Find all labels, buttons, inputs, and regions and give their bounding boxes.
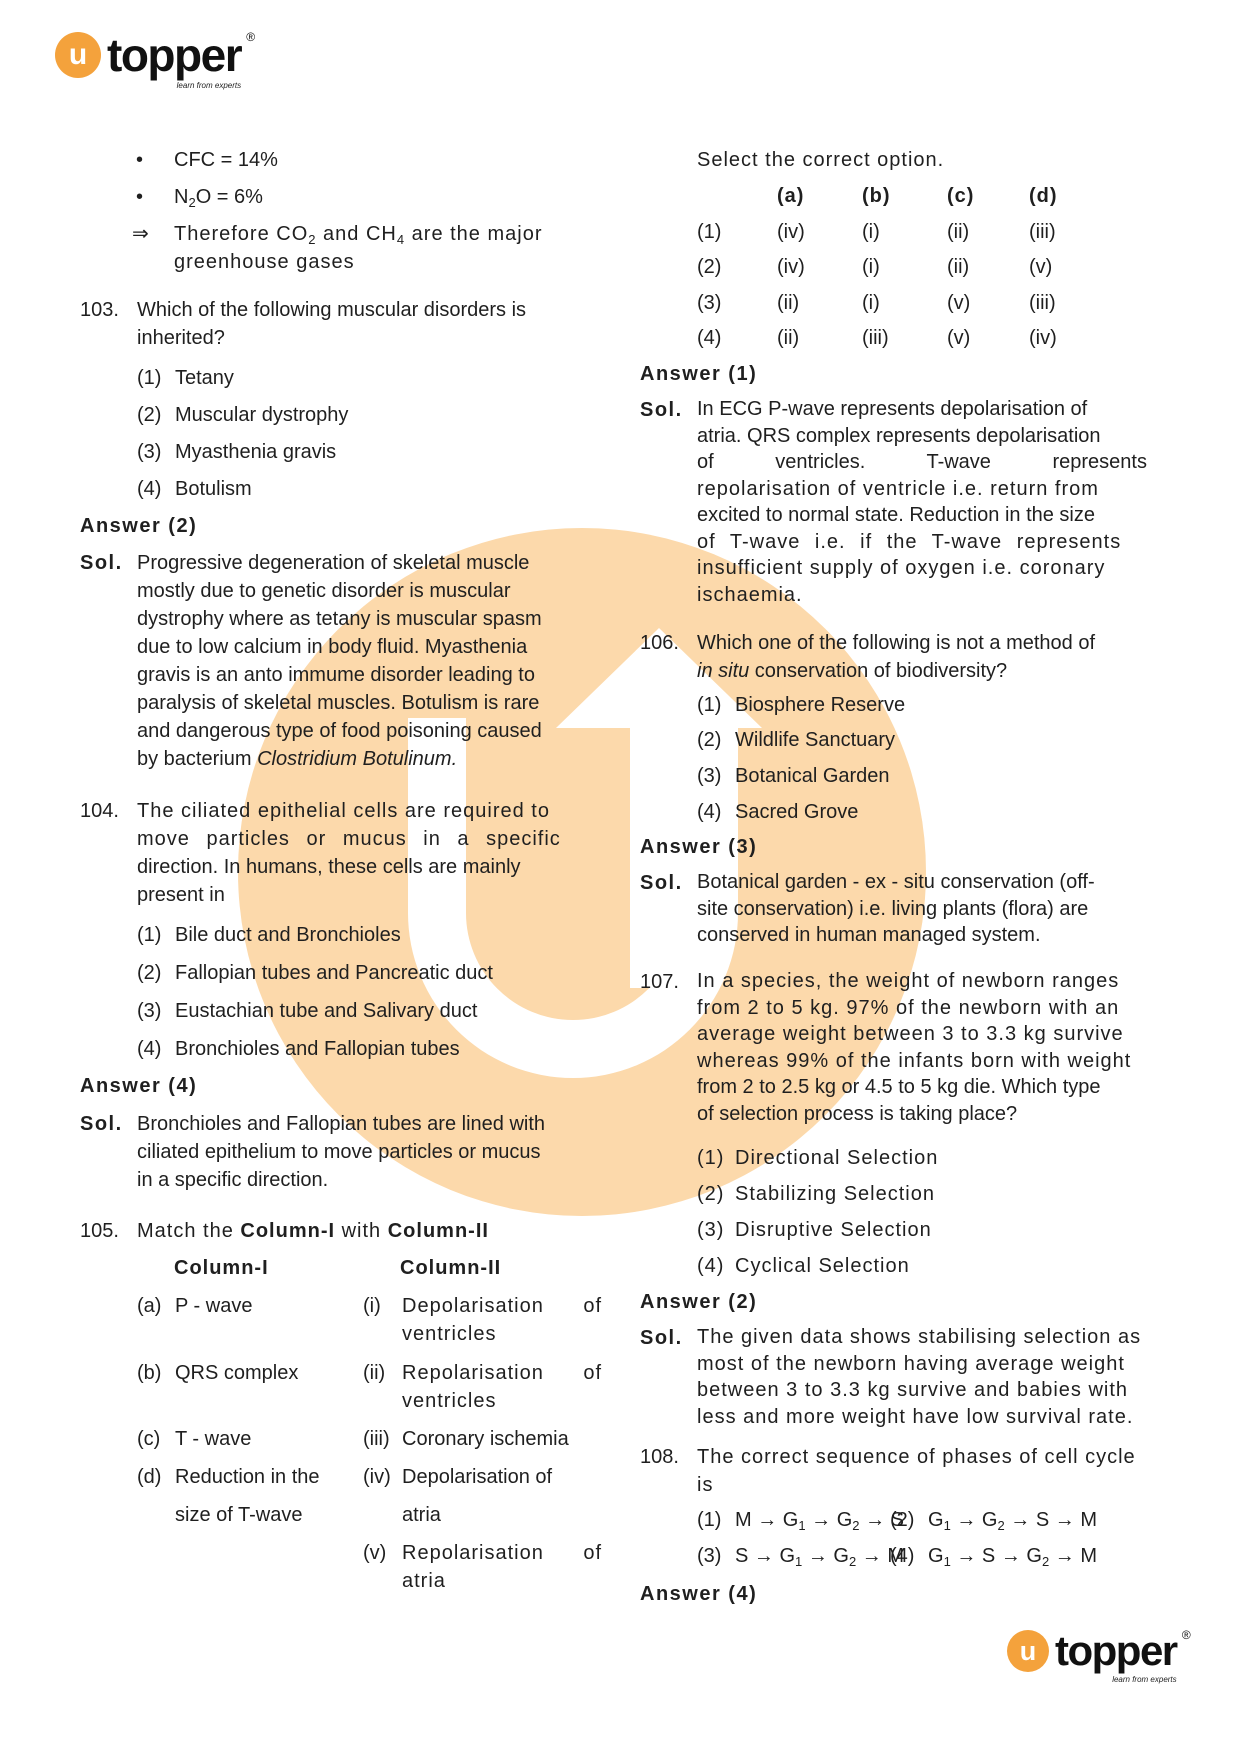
q107-solution: Sol. The given data shows stabilising se… [640, 1324, 1160, 1430]
topper-mark-icon: u [1007, 1630, 1049, 1672]
arrow-icon: → [856, 1545, 887, 1567]
question-104: 104. The ciliated epithelial cells are r… [80, 797, 600, 909]
question-number: 105. [80, 1217, 119, 1245]
solution-label: Sol. [640, 396, 683, 424]
q103-solution: Sol. Progressive degeneration of skeleta… [80, 549, 600, 773]
registered-mark: ® [246, 30, 255, 44]
solution-label: Sol. [640, 869, 683, 897]
implies-arrow-icon: ⇒ [132, 220, 149, 248]
arrow-icon: → [951, 1509, 982, 1531]
bullet-icon: • [136, 146, 143, 174]
q108-option-3: (3)S → G1 → G2 → M [697, 1542, 904, 1570]
question-107: 107. In a species, the weight of newborn… [640, 968, 1160, 1127]
q103-answer: Answer (2) [80, 512, 600, 540]
q107-answer: Answer (2) [640, 1288, 1160, 1316]
question-number: 103. [80, 296, 119, 324]
arrow-icon: → [748, 1545, 779, 1567]
brand-tagline: learn from experts [177, 81, 241, 90]
solution-label: Sol. [80, 549, 123, 577]
q105-prompt: Select the correct option. [697, 146, 1217, 174]
question-103: 103. Which of the following muscular dis… [80, 296, 600, 352]
q106-solution: Sol. Botanical garden - ex - situ conser… [640, 869, 1160, 949]
question-text: Which of the following muscular disorder… [80, 296, 600, 352]
arrow-icon: → [802, 1545, 833, 1567]
question-text: The ciliated epithelial cells are requir… [80, 797, 600, 909]
q108-option-2: (2)G1 → G2 → S → M [890, 1506, 1097, 1534]
q105-solution: Sol. In ECG P-wave represents depolarisa… [640, 396, 1160, 608]
topper-mark-icon: u [55, 32, 101, 78]
bullet-icon: • [136, 183, 143, 211]
q104-solution: Sol. Bronchioles and Fallopian tubes are… [80, 1110, 600, 1194]
q108-option-4: (4)G1 → S → G2 → M [890, 1542, 1097, 1570]
question-106: 106. Which one of the following is not a… [640, 629, 1160, 685]
brand-name: topper [1055, 1630, 1177, 1672]
question-108: 108. The correct sequence of phases of c… [640, 1443, 1160, 1499]
question-number: 104. [80, 797, 119, 825]
brand-name: topper [107, 32, 241, 78]
header-logo: u topper ® learn from experts [55, 32, 241, 78]
arrow-icon: → [752, 1509, 783, 1531]
solution-label: Sol. [640, 1324, 683, 1352]
question-number: 108. [640, 1443, 679, 1471]
q104-answer: Answer (4) [80, 1072, 600, 1100]
question-text: In a species, the weight of newborn rang… [640, 968, 1160, 1127]
arrow-icon: → [1005, 1509, 1036, 1531]
document-page: u topper ® learn from experts • CFC = 14… [0, 0, 1241, 1754]
solution-label: Sol. [80, 1110, 123, 1138]
q108-option-1: (1)M → G1 → G2 → S [697, 1506, 904, 1534]
question-text: The correct sequence of phases of cell c… [640, 1443, 1160, 1499]
brand-tagline: learn from experts [1112, 1675, 1176, 1684]
question-text: Match the Column-I with Column-II [80, 1217, 600, 1245]
arrow-icon: → [806, 1509, 837, 1531]
question-105: 105. Match the Column-I with Column-II [80, 1217, 600, 1245]
arrow-icon: → [1049, 1545, 1080, 1567]
question-number: 106. [640, 629, 679, 657]
q106-answer: Answer (3) [640, 833, 1160, 861]
arrow-icon: → [1049, 1509, 1080, 1531]
footer-logo: u topper ® learn from experts [1007, 1630, 1177, 1672]
question-text: Which one of the following is not a meth… [640, 629, 1160, 685]
registered-mark: ® [1182, 1628, 1191, 1642]
question-number: 107. [640, 968, 679, 996]
arrow-icon: → [860, 1509, 891, 1531]
arrow-icon: → [951, 1545, 982, 1567]
q105-answer: Answer (1) [640, 360, 1160, 388]
arrow-icon: → [995, 1545, 1026, 1567]
q108-answer: Answer (4) [640, 1580, 1160, 1608]
